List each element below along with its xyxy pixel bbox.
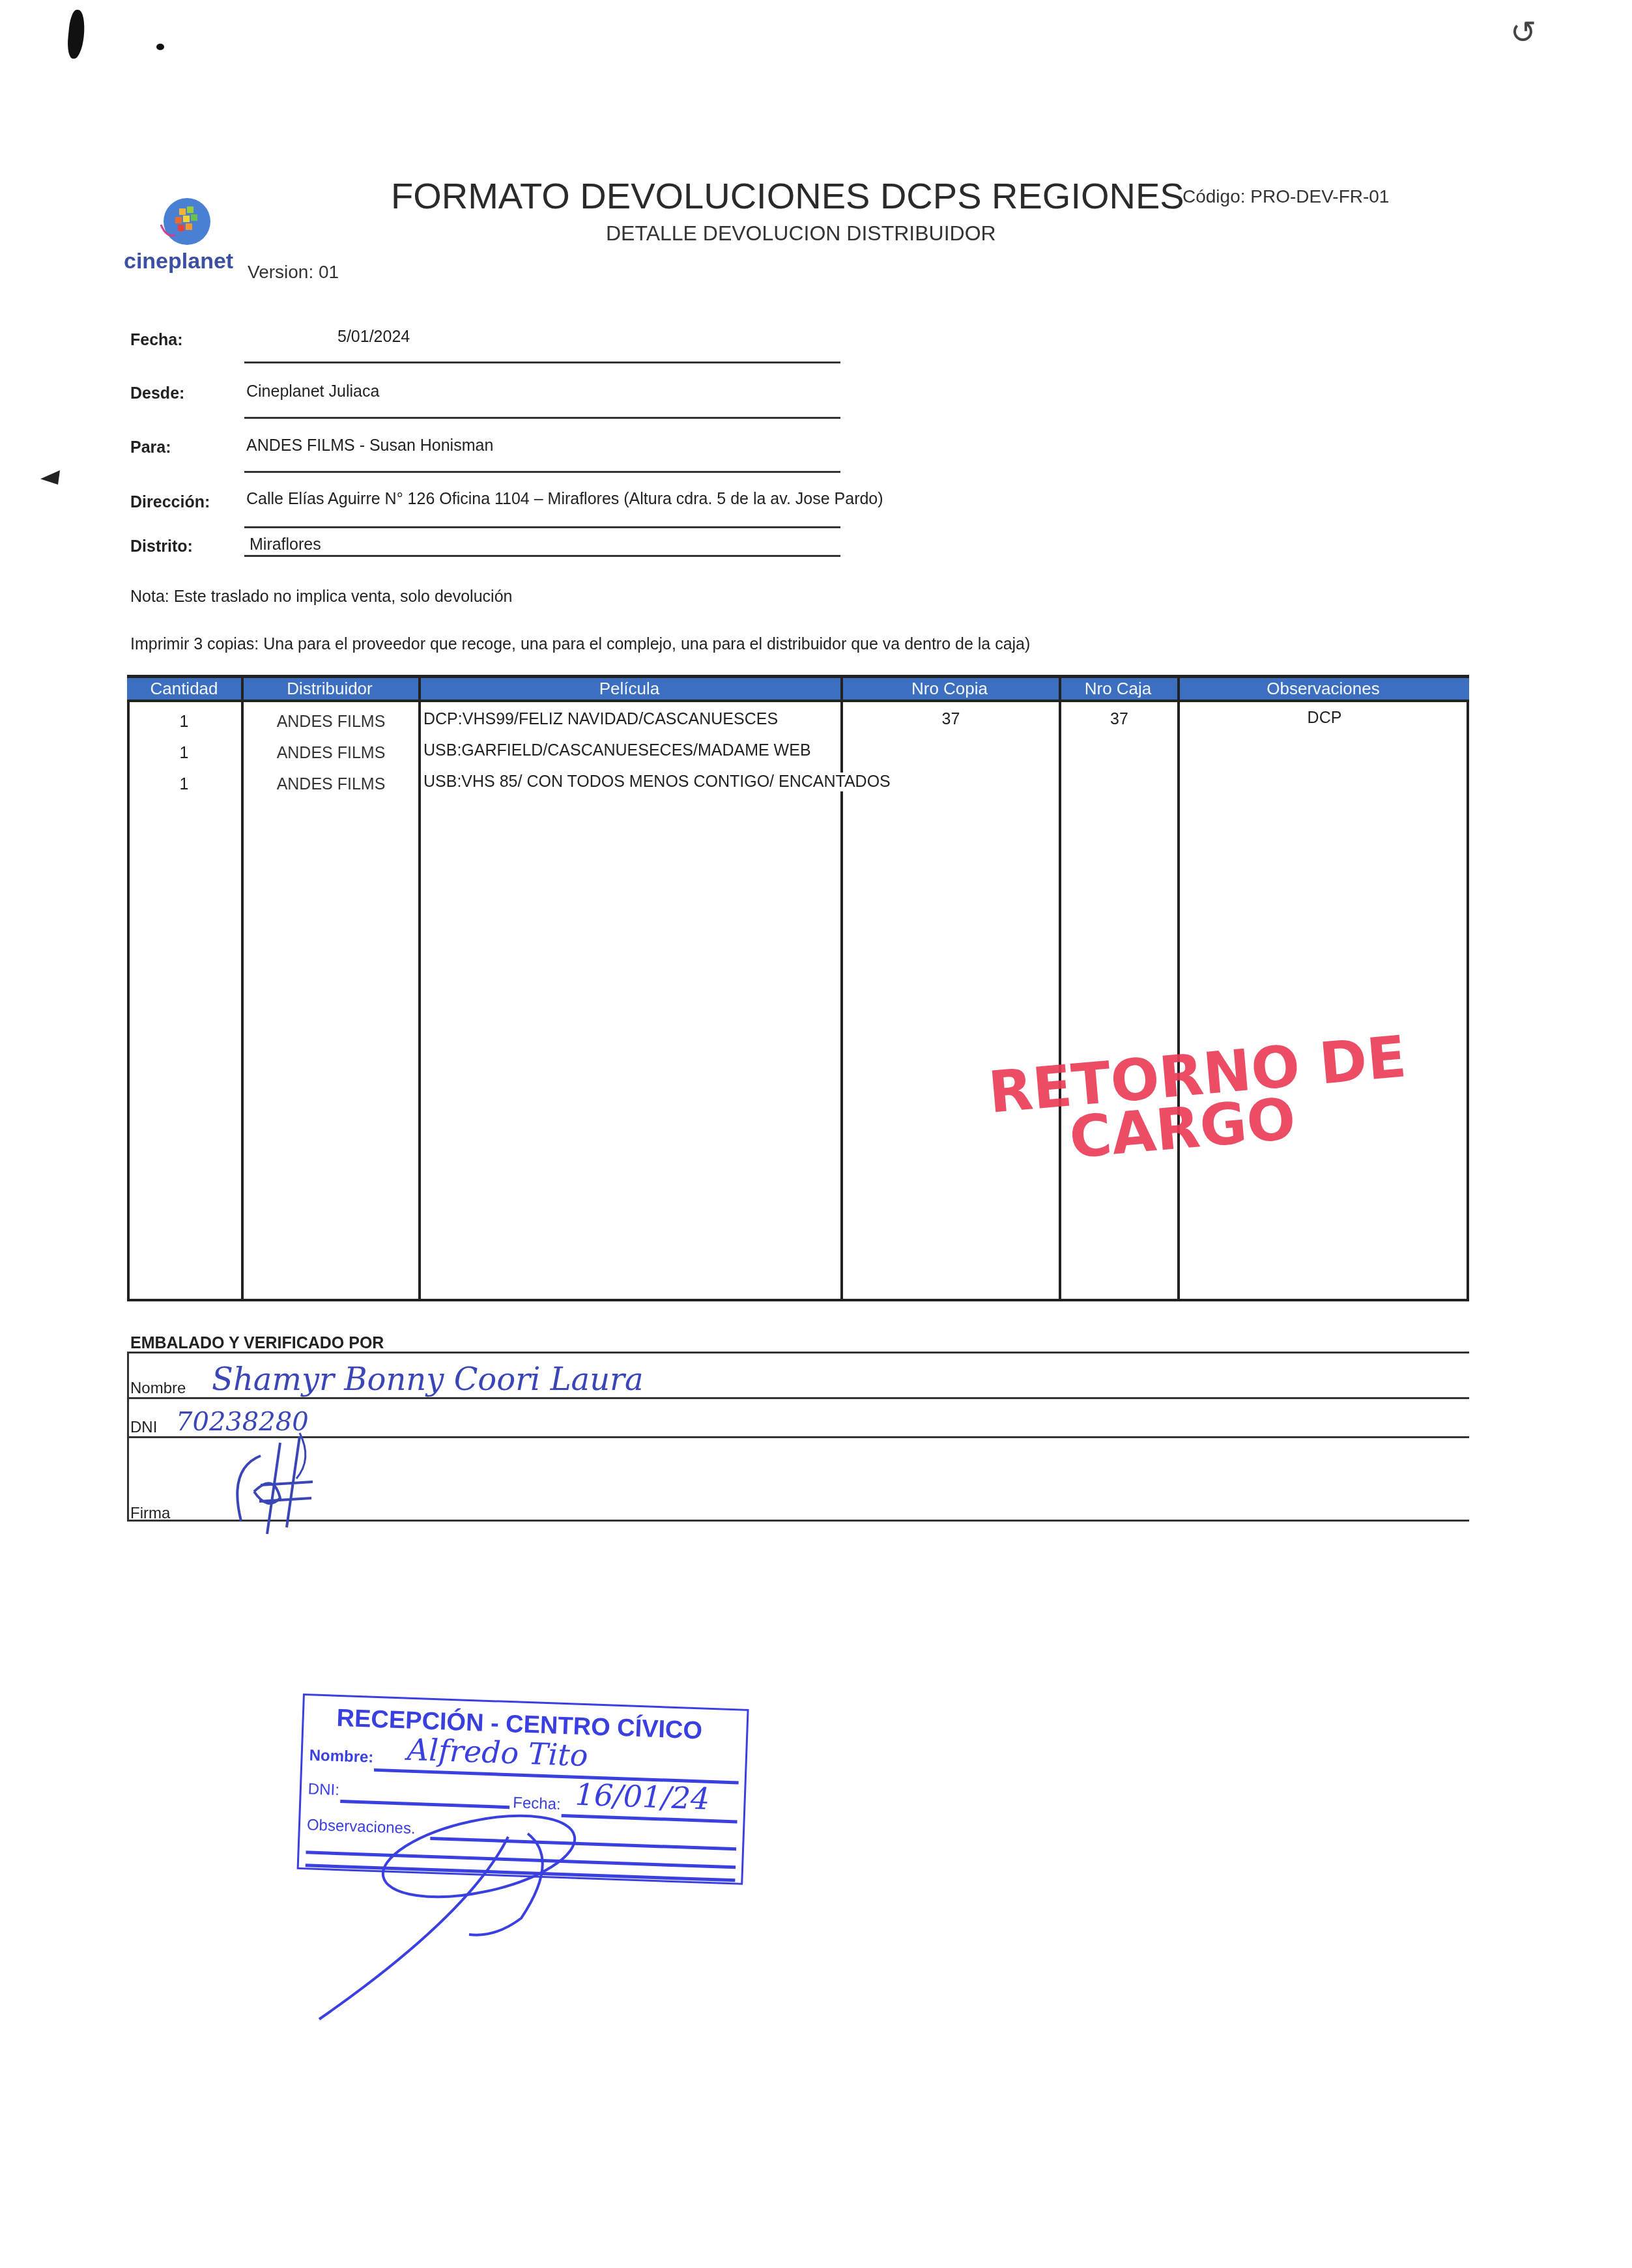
- reception-dni-line: [340, 1800, 509, 1809]
- col-divider: [1059, 675, 1061, 1301]
- table-row-3-distribuidor: ANDES FILMS: [244, 775, 418, 794]
- para-underline: [244, 471, 840, 473]
- row-divider: [127, 1352, 1469, 1354]
- desde-value: Cineplanet Juliaca: [246, 382, 379, 401]
- col-divider: [241, 675, 244, 1301]
- reception-nombre-handwritten: Alfredo Tito: [407, 1732, 588, 1774]
- direccion-underline: [244, 526, 840, 528]
- signature-icon: [215, 1430, 332, 1540]
- nombre-handwritten: Shamyr Bonny Coori Laura: [212, 1361, 644, 1398]
- table-header: Cantidad Distribuidor Película Nro Copia…: [127, 675, 1469, 702]
- desde-underline: [244, 417, 840, 419]
- scan-smudge: [66, 10, 87, 59]
- reception-nombre-label: Nombre:: [309, 1746, 374, 1766]
- col-pelicula: Película: [418, 678, 840, 700]
- distrito-value: Miraflores: [250, 535, 321, 554]
- reception-dni-label: DNI:: [308, 1780, 339, 1800]
- table-row-1-cantidad: 1: [127, 713, 241, 731]
- reception-signature-icon: [313, 1811, 678, 2026]
- col-divider: [1177, 675, 1180, 1301]
- document-code: Código: PRO-DEV-FR-01: [1182, 186, 1389, 207]
- col-divider: [418, 675, 421, 1301]
- nota-text: Nota: Este traslado no implica venta, so…: [130, 588, 512, 606]
- col-cantidad: Cantidad: [127, 678, 241, 700]
- document-title: FORMATO DEVOLUCIONES DCPS REGIONES: [391, 175, 1184, 217]
- dni-label: DNI: [130, 1419, 157, 1437]
- fecha-underline: [244, 361, 840, 363]
- cineplanet-logo-icon: [153, 192, 218, 257]
- distrito-label: Distrito:: [130, 537, 193, 556]
- para-label: Para:: [130, 438, 171, 457]
- col-nro-caja: Nro Caja: [1059, 678, 1177, 700]
- version-label: Version: 01: [248, 262, 339, 283]
- direccion-label: Dirección:: [130, 493, 210, 512]
- table-row-1-observaciones: DCP: [1180, 709, 1469, 728]
- para-value: ANDES FILMS - Susan Honisman: [246, 436, 493, 455]
- fecha-label: Fecha:: [130, 331, 183, 350]
- table-row-3-pelicula: USB:VHS 85/ CON TODOS MENOS CONTIGO/ ENC…: [423, 773, 891, 791]
- logo-text: cineplanet: [124, 249, 233, 274]
- fecha-value: 5/01/2024: [337, 328, 410, 347]
- table-row-1-nro-caja: 37: [1061, 710, 1177, 729]
- document-subtitle: DETALLE DEVOLUCION DISTRIBUIDOR: [606, 221, 996, 246]
- devolution-table: [127, 676, 1469, 1301]
- embalado-title: EMBALADO Y VERIFICADO POR: [130, 1334, 384, 1353]
- table-row-3-cantidad: 1: [127, 775, 241, 794]
- imprimir-text: Imprimir 3 copias: Una para el proveedor…: [130, 635, 1030, 654]
- col-divider: [840, 675, 843, 1301]
- table-row-1-pelicula: DCP:VHS99/FELIZ NAVIDAD/CASCANUESCES: [423, 710, 778, 729]
- table-row-1-nro-copia: 37: [843, 710, 1059, 729]
- desde-label: Desde:: [130, 384, 184, 403]
- distrito-underline: [244, 555, 840, 557]
- col-nro-copia: Nro Copia: [840, 678, 1059, 700]
- table-row-2-distribuidor: ANDES FILMS: [244, 744, 418, 763]
- firma-label: Firma: [130, 1505, 170, 1523]
- col-observaciones: Observaciones: [1177, 678, 1469, 700]
- scan-dot: [156, 44, 164, 50]
- nombre-label: Nombre: [130, 1380, 186, 1398]
- scan-smudge-left: [40, 470, 60, 485]
- table-row-1-distribuidor: ANDES FILMS: [244, 713, 418, 731]
- table-row-2-cantidad: 1: [127, 744, 241, 763]
- direccion-value: Calle Elías Aguirre N° 126 Oficina 1104 …: [246, 490, 883, 509]
- table-row-2-pelicula: USB:GARFIELD/CASCANUESECES/MADAME WEB: [423, 741, 811, 760]
- rotate-arrow-icon: ↺: [1510, 14, 1536, 51]
- col-distribuidor: Distribuidor: [241, 678, 418, 700]
